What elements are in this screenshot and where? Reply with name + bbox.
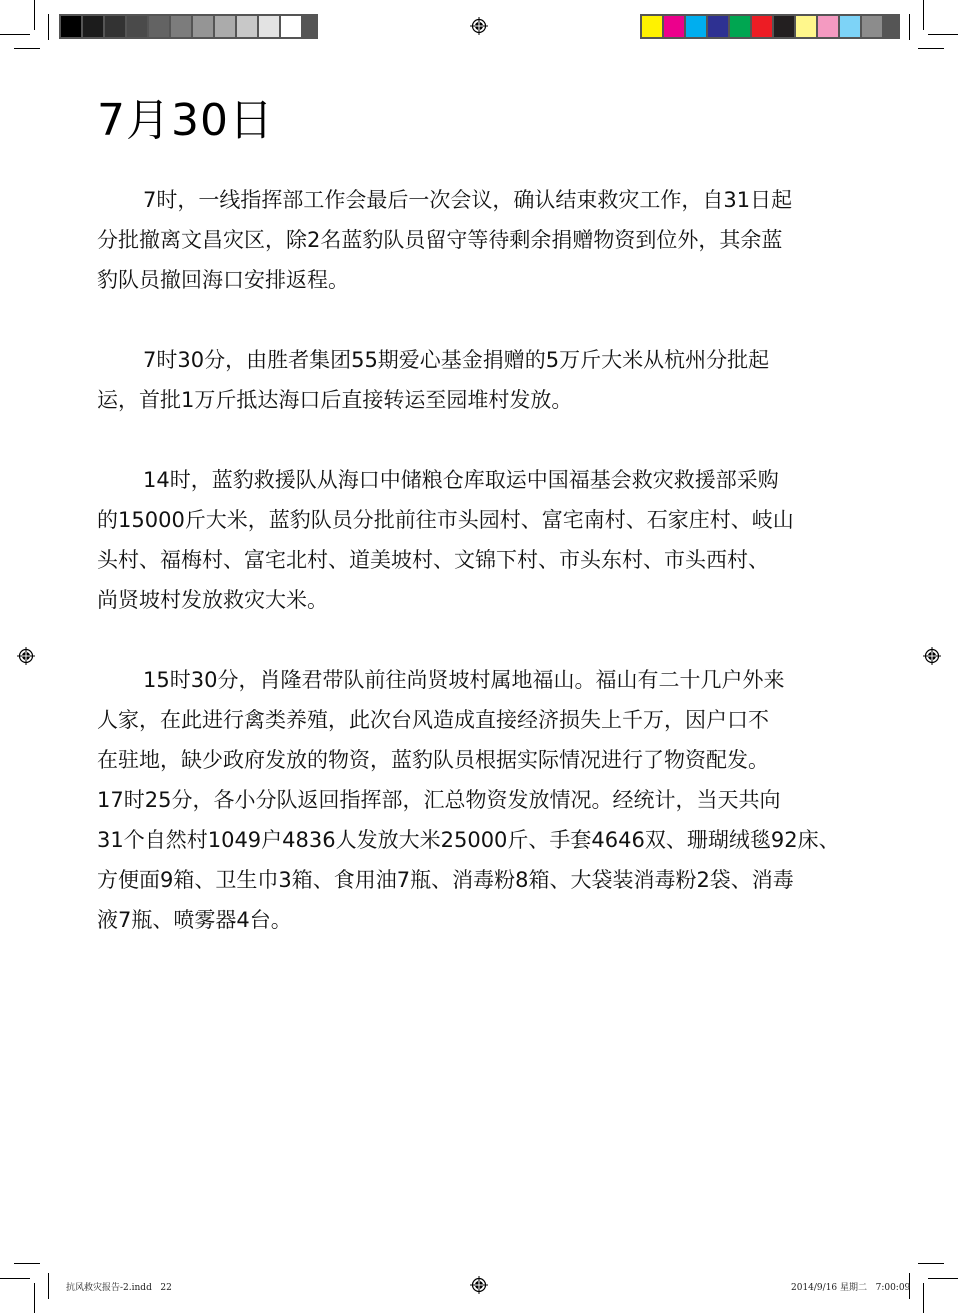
crop-mark [14,48,40,49]
paragraph-line: 运，首批1万斤抵达海口后直接转运至园堆村发放。 [97,380,857,420]
crosshair-target-icon [17,647,35,665]
color-swatch [259,16,279,37]
paragraph-line: 14时，蓝豹救援队从海口中储粮仓库取运中国福基会救灾救援部采购 [97,460,857,500]
paragraph-line: 31个自然村1049户4836人发放大米25000斤、手套4646双、珊瑚绒毯9… [97,820,857,860]
color-swatch [237,16,257,37]
crosshair-target-icon [470,17,488,35]
color-swatch [774,16,794,37]
color-swatch [281,16,301,37]
paragraph-line: 7时，一线指挥部工作会最后一次会议，确认结束救灾工作，自31日起 [97,180,857,220]
paragraph-line: 人家，在此进行禽类养殖，此次台风造成直接经济损失上千万，因户口不 [97,700,857,740]
color-swatch [171,16,191,37]
paragraph-line: 7时30分，由胜者集团55期爱心基金捐赠的5万斤大米从杭州分批起 [97,340,857,380]
crop-mark [0,34,30,35]
paragraph: 7时30分，由胜者集团55期爱心基金捐赠的5万斤大米从杭州分批起 运，首批1万斤… [97,340,857,420]
crop-mark [923,1283,924,1313]
color-swatch [61,16,81,37]
color-swatch [127,16,147,37]
crop-mark [923,0,924,30]
color-swatch [215,16,235,37]
crop-mark [0,1278,30,1279]
color-swatch [730,16,750,37]
color-swatch [752,16,772,37]
color-swatch [686,16,706,37]
slug-timestamp: 2014/9/16 星期二 7:00:09 [791,1280,910,1293]
paragraph-line: 方便面9箱、卫生巾3箱、食用油7瓶、消毒粉8箱、大袋装消毒粉2袋、消毒 [97,860,857,900]
paragraph-line: 头村、福梅村、富宅北村、道美坡村、文锦下村、市头东村、市头西村、 [97,540,857,580]
paragraph: 7时，一线指挥部工作会最后一次会议，确认结束救灾工作，自31日起 分批撤离文昌灾… [97,180,857,300]
color-swatch [105,16,125,37]
slug-file-info: 抗风救灾报告-2.indd 22 [66,1280,172,1293]
color-swatch [664,16,684,37]
paragraph: 15时30分，肖隆君带队前往尚贤坡村属地福山。福山有二十几户外来 人家，在此进行… [97,660,857,940]
color-swatch [818,16,838,37]
paragraph-line: 15时30分，肖隆君带队前往尚贤坡村属地福山。福山有二十几户外来 [97,660,857,700]
color-swatch [642,16,662,37]
color-calibration-bar [640,14,900,39]
crop-mark [909,14,910,40]
color-swatch [796,16,816,37]
crop-mark [928,34,958,35]
color-swatch [862,16,882,37]
paragraph-line: 分批撤离文昌灾区，除2名蓝豹队员留守等待剩余捐赠物资到位外，其余蓝 [97,220,857,260]
paragraph-line: 尚贤坡村发放救灾大米。 [97,580,857,620]
color-swatch [708,16,728,37]
paragraph: 14时，蓝豹救援队从海口中储粮仓库取运中国福基会救灾救援部采购 的15000斤大… [97,460,857,620]
paragraph-line: 17时25分，各小分队返回指挥部，汇总物资发放情况。经统计，当天共向 [97,780,857,820]
page-title: 7月30日 [97,84,274,148]
color-swatch [83,16,103,37]
crop-mark [918,1263,944,1264]
paragraph-line: 豹队员撤回海口安排返程。 [97,260,857,300]
crop-mark [48,14,49,40]
crosshair-target-icon [470,1276,488,1294]
crosshair-target-icon [923,647,941,665]
crop-mark [48,1273,49,1299]
crop-mark [14,1263,40,1264]
color-swatch [840,16,860,37]
crop-mark [918,48,944,49]
grayscale-calibration-bar [59,14,318,39]
color-swatch [193,16,213,37]
paragraph-line: 液7瓶、喷雾器4台。 [97,900,857,940]
crop-mark [34,0,35,30]
crop-mark [928,1278,958,1279]
paragraph-line: 的15000斤大米，蓝豹队员分批前往市头园村、富宅南村、石家庄村、岐山 [97,500,857,540]
crop-mark [34,1283,35,1313]
color-swatch [149,16,169,37]
paragraph-line: 在驻地，缺少政府发放的物资，蓝豹队员根据实际情况进行了物资配发。 [97,740,857,780]
